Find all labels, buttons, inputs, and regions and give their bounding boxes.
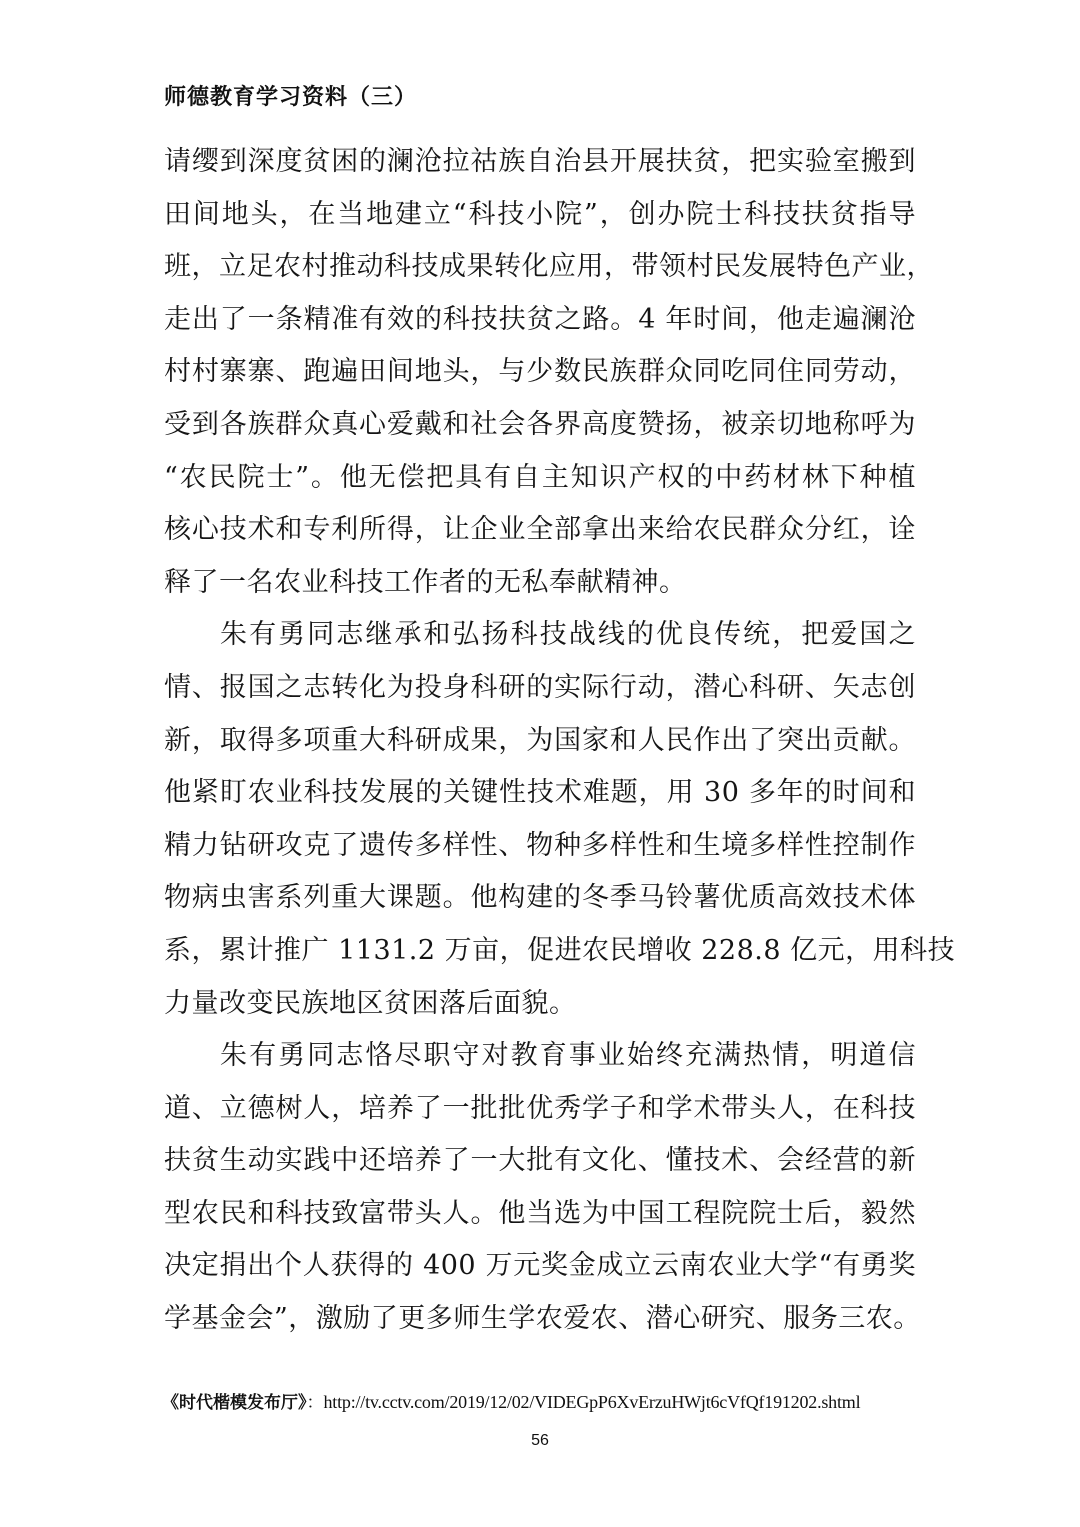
text-line: 情、报国之志转化为投身科研的实际行动，潜心科研、矢志创 xyxy=(164,662,916,715)
text-line: 物病虫害系列重大课题。他构建的冬季马铃薯优质高效技术体 xyxy=(164,872,916,925)
text-line: 释了一名农业科技工作者的无私奉献精神。 xyxy=(164,557,916,610)
text-line: 受到各族群众真心爱戴和社会各界高度赞扬，被亲切地称呼为 xyxy=(164,399,916,452)
text-line: 道、立德树人，培养了一批批优秀学子和学术带头人，在科技 xyxy=(164,1083,916,1136)
text-line: 型农民和科技致富带头人。他当选为中国工程院院士后，毅然 xyxy=(164,1188,916,1241)
page-header-title: 师德教育学习资料（三） xyxy=(164,80,417,111)
page-number: 56 xyxy=(0,1432,1080,1450)
text-line: 他紧盯农业科技发展的关键性技术难题，用 30 多年的时间和 xyxy=(164,767,916,820)
text-line: 力量改变民族地区贫困落后面貌。 xyxy=(164,978,916,1031)
text-line: 新，取得多项重大科研成果，为国家和人民作出了突出贡献。 xyxy=(164,715,916,768)
text-line: 扶贫生动实践中还培养了一大批有文化、懂技术、会经营的新 xyxy=(164,1135,916,1188)
text-line: 朱有勇同志继承和弘扬科技战线的优良传统，把爱国之 xyxy=(164,609,916,662)
paragraph-2: 朱有勇同志继承和弘扬科技战线的优良传统，把爱国之 情、报国之志转化为投身科研的实… xyxy=(164,609,916,1030)
source-separator: ： xyxy=(307,1393,324,1413)
paragraph-1: 请缨到深度贫困的澜沧拉祜族自治县开展扶贫，把实验室搬到 田间地头，在当地建立“科… xyxy=(164,136,916,609)
text-line: 决定捐出个人获得的 400 万元奖金成立云南农业大学“有勇奖 xyxy=(164,1240,916,1293)
text-line: 走出了一条精准有效的科技扶贫之路。4 年时间，他走遍澜沧 xyxy=(164,294,916,347)
text-line: 系，累计推广 1131.2 万亩，促进农民增收 228.8 亿元，用科技 xyxy=(164,925,916,978)
text-line: 朱有勇同志恪尽职守对教育事业始终充满热情，明道信 xyxy=(164,1030,916,1083)
source-title: 《时代楷模发布厅》 xyxy=(162,1393,307,1413)
source-url-link[interactable]: http://tv.cctv.com/2019/12/02/VIDEGpP6Xv… xyxy=(324,1392,861,1412)
text-line: 班，立足农村推动科技成果转化应用，带领村民发展特色产业， xyxy=(164,241,916,294)
text-line: 核心技术和专利所得，让企业全部拿出来给农民群众分红，诠 xyxy=(164,504,916,557)
body-text: 请缨到深度贫困的澜沧拉祜族自治县开展扶贫，把实验室搬到 田间地头，在当地建立“科… xyxy=(164,136,916,1346)
text-line: 请缨到深度贫困的澜沧拉祜族自治县开展扶贫，把实验室搬到 xyxy=(164,136,916,189)
source-citation: 《时代楷模发布厅》：http://tv.cctv.com/2019/12/02/… xyxy=(162,1388,860,1413)
text-line: 学基金会”，激励了更多师生学农爱农、潜心研究、服务三农。 xyxy=(164,1293,916,1346)
text-line: “农民院士”。他无偿把具有自主知识产权的中药材林下种植 xyxy=(164,452,916,505)
text-line: 田间地头，在当地建立“科技小院”，创办院士科技扶贫指导 xyxy=(164,189,916,242)
text-line: 精力钻研攻克了遗传多样性、物种多样性和生境多样性控制作 xyxy=(164,820,916,873)
paragraph-3: 朱有勇同志恪尽职守对教育事业始终充满热情，明道信 道、立德树人，培养了一批批优秀… xyxy=(164,1030,916,1346)
text-line: 村村寨寨、跑遍田间地头，与少数民族群众同吃同住同劳动， xyxy=(164,346,916,399)
